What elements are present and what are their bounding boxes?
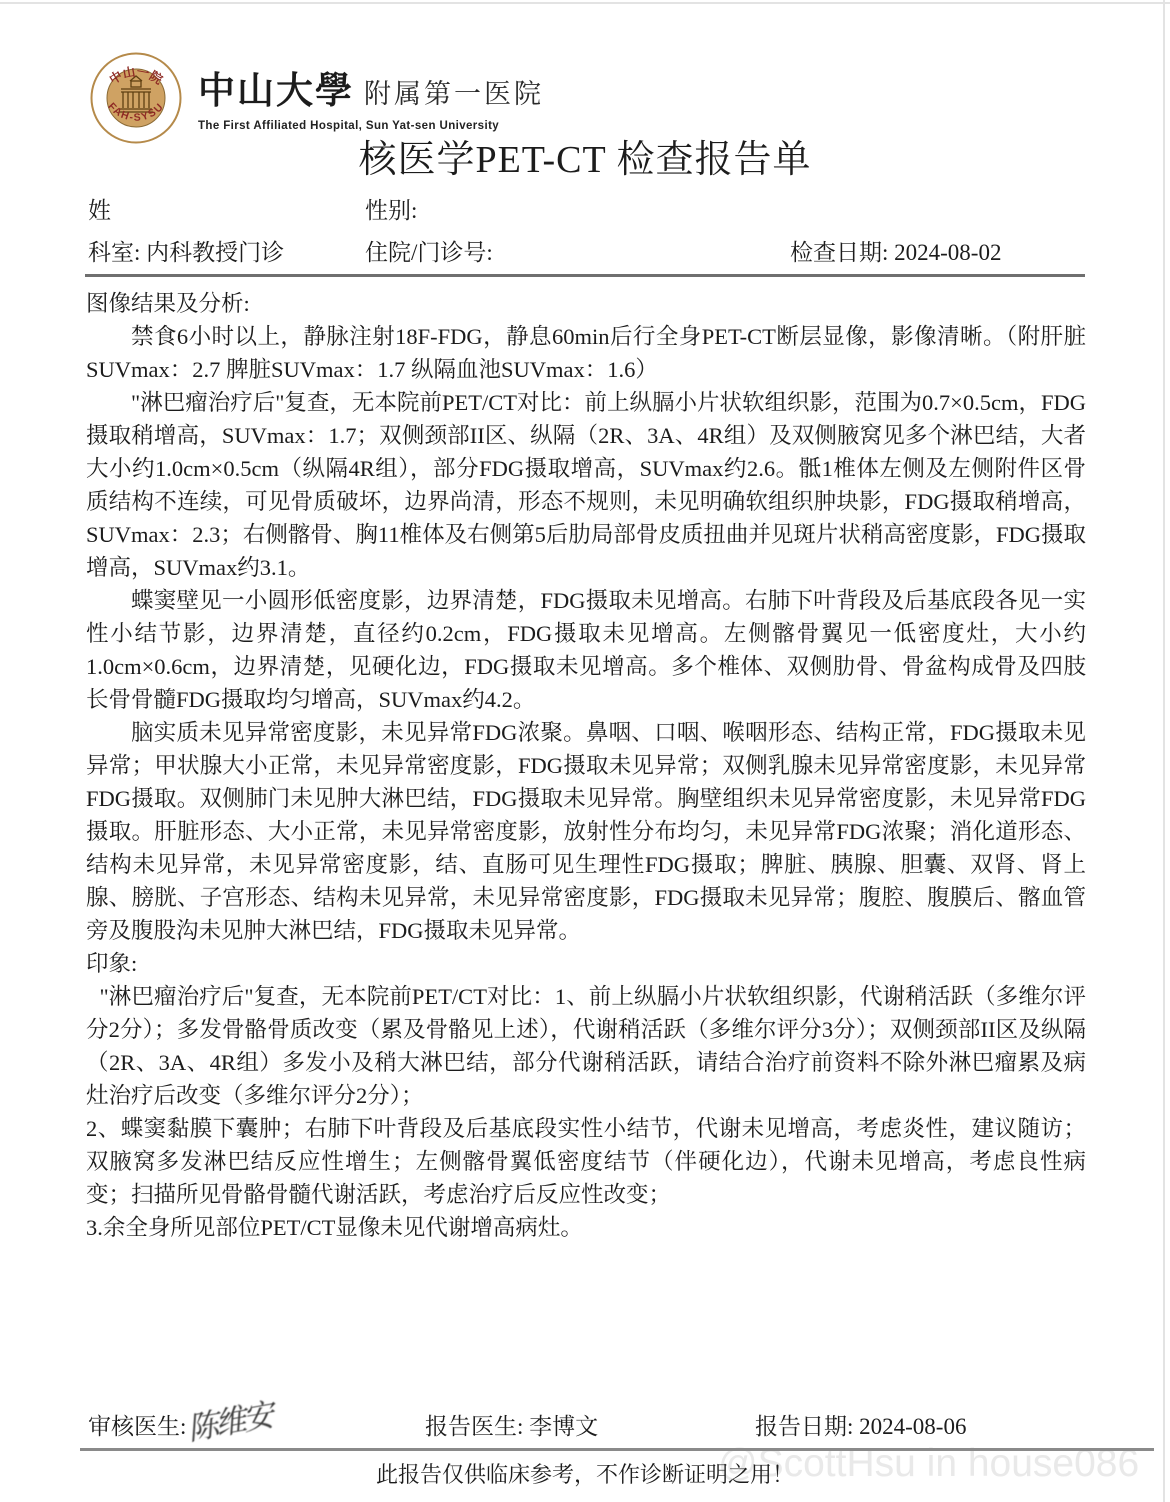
report-title: 核医学PET-CT 检查报告单	[0, 128, 1170, 183]
reporter-field: 报告医生: 李博文	[425, 1408, 598, 1441]
analysis-paragraph: 脑实质未见异常密度影，未见异常FDG浓聚。鼻咽、口咽、喉咽形态、结构正常，FDG…	[86, 716, 1086, 947]
report-date-field: 报告日期: 2024-08-06	[755, 1408, 966, 1441]
impression-paragraph: 2、蝶窦黏膜下囊肿；右肺下叶背段及后基底段实性小结节，代谢未见增高，考虑炎性，建…	[86, 1112, 1086, 1211]
visit-number-label: 住院/门诊号:	[365, 234, 493, 267]
university-name: 中山大學	[198, 71, 354, 112]
hospital-name: 附属第一医院	[364, 79, 544, 109]
impression-paragraph: 3.余全身所见部位PET/CT显像未见代谢增高病灶。	[86, 1211, 1086, 1244]
footer-divider	[80, 1448, 1154, 1451]
report-page: 中山一院 FAH-SYSU 中山大學附属第一医院 The First Affil…	[0, 0, 1170, 1502]
analysis-section-label: 图像结果及分析:	[86, 287, 1086, 320]
department-field: 科室: 内科教授门诊	[88, 234, 284, 267]
reviewer-signature: 陈维安	[189, 1388, 275, 1449]
patient-info-row-2: 科室: 内科教授门诊 住院/门诊号: 检查日期: 2024-08-02	[88, 234, 1085, 268]
name-label: 姓	[88, 192, 111, 225]
impression-section-label: 印象:	[86, 947, 1086, 980]
analysis-paragraph: "淋巴瘤治疗后"复查，无本院前PET/CT对比：前上纵膈小片状软组织影，范围为0…	[86, 386, 1086, 584]
reviewer-label: 审核医生:	[88, 1408, 186, 1441]
report-footer: 审核医生: 陈维安 报告医生: 李博文 报告日期: 2024-08-06 @Sc…	[0, 1402, 1170, 1502]
gender-label: 性别:	[365, 192, 417, 225]
analysis-paragraph: 禁食6小时以上，静脉注射18F-FDG，静息60min后行全身PET-CT断层显…	[86, 320, 1086, 386]
page-edge-top	[0, 2, 1170, 4]
impression-paragraph: "淋巴瘤治疗后"复查，无本院前PET/CT对比：1、前上纵膈小片状软组织影，代谢…	[86, 980, 1086, 1112]
report-body: 图像结果及分析: 禁食6小时以上，静脉注射18F-FDG，静息60min后行全身…	[86, 287, 1086, 1244]
hospital-brand: 中山大學附属第一医院 The First Affiliated Hospital…	[198, 52, 544, 132]
page-edge-right	[1163, 0, 1165, 1502]
disclaimer-text: 此报告仅供临床参考，不作诊断证明之用！	[0, 1458, 1170, 1489]
exam-date-field: 检查日期: 2024-08-02	[790, 234, 1001, 267]
analysis-paragraph: 蝶窦壁见一小圆形低密度影，边界清楚，FDG摄取未见增高。右肺下叶背段及后基底段各…	[86, 584, 1086, 716]
header-divider	[85, 274, 1085, 277]
patient-info-row-1: 姓 性别:	[88, 192, 1085, 226]
